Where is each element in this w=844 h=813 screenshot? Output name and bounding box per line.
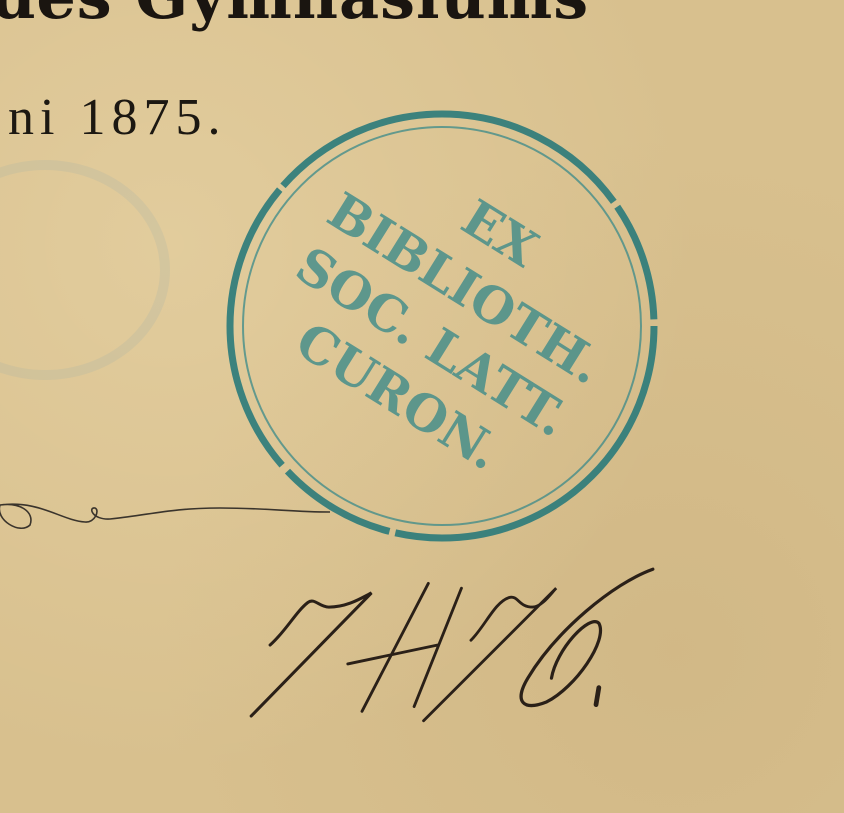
page-heading: des Gymnasiums [0, 0, 844, 33]
publication-date: ni 1875. [8, 88, 226, 147]
handwritten-accession-number: 7476. [232, 555, 672, 735]
library-stamp: EX BIBLIOTH. SOC. LATT. CURON. [220, 104, 665, 549]
faint-library-stamp [0, 160, 170, 380]
